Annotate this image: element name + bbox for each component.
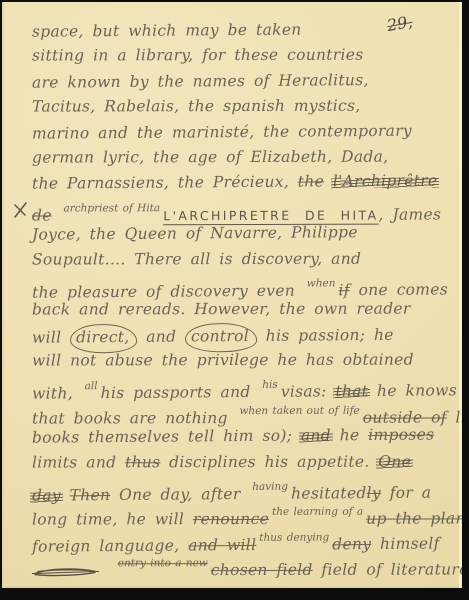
handwritten-text: Soupault.... There all is discovery, and xyxy=(32,249,361,268)
handwritten-text: Joyce, the Queen of Navarre, Philippe xyxy=(32,223,358,244)
manuscript-line: the Parnassiens, the Précieux, the l'Arc… xyxy=(32,169,458,198)
handwritten-text: his passion; he xyxy=(257,326,394,345)
struck-out-text: thus xyxy=(125,453,160,471)
handwritten-text: he xyxy=(331,426,368,444)
handwritten-text: Tacitus, Rabelais, the spanish mystics, xyxy=(32,97,360,116)
interline-insertion: his xyxy=(262,379,278,391)
manuscript-line: Soupault.... There all is discovery, and xyxy=(32,246,458,273)
handwritten-text: german lyric, the age of Elizabeth, Dada… xyxy=(32,148,388,167)
manuscript-line: that books are nothing when taken out of… xyxy=(32,398,458,425)
interline-insertion: having xyxy=(252,481,288,493)
struck-out-text: chosen field xyxy=(211,561,313,579)
manuscript-line: day Then One day, after havinghesitatedl… xyxy=(32,473,458,502)
manuscript-line: Joyce, the Queen of Navarre, Philippe xyxy=(32,219,458,248)
handwritten-text: limits and xyxy=(32,453,125,471)
scribble-overlay xyxy=(331,177,440,189)
scribble-overlay xyxy=(299,432,333,443)
interline-insertion: the learning of a xyxy=(272,506,363,518)
scribbled-out-text: and xyxy=(301,424,331,450)
scribbled-out-text: l'Archiprêtre xyxy=(333,169,438,195)
handwritten-text: sitting in a library, for these countrie… xyxy=(32,46,364,65)
manuscript-line: long time, he will renouncethe learning … xyxy=(32,500,458,527)
manuscript-line: books themselves tell him so); and he im… xyxy=(32,423,458,452)
handwritten-text: marino and the marinisté, the contempora… xyxy=(32,121,412,142)
manuscript-line: limits and thus disciplines his appetite… xyxy=(32,449,458,476)
handwritten-text: space, but which may be taken xyxy=(32,21,302,41)
manuscript-paper: 29, space, but which may be takensitting… xyxy=(2,2,462,588)
manuscript-line: de archpriest of HitaL'ARCHIPRETRE DE HI… xyxy=(32,195,458,222)
x-cross-mark-icon xyxy=(11,201,29,226)
manuscript-line: Tacitus, Rabelais, the spanish mystics, xyxy=(32,94,458,121)
interline-insertion: when xyxy=(307,277,336,289)
manuscript-line: will not abuse the privilege he has obta… xyxy=(32,348,458,375)
manuscript-photo: 29, space, but which may be takensitting… xyxy=(0,0,469,600)
handwritten-text: will xyxy=(32,328,70,346)
interline-insertion: when taken out of life xyxy=(239,405,359,417)
interline-insertion: thus denying xyxy=(259,531,329,544)
manuscript-line: german lyric, the age of Elizabeth, Dada… xyxy=(32,144,458,171)
interline-insertion-struck: entry into a new xyxy=(118,557,208,569)
handwritten-text: field of literature. and xyxy=(313,561,462,580)
manuscript-line: will direct, and control his passion; he xyxy=(32,321,458,350)
manuscript-line: the pleasure of discovery even whenif on… xyxy=(32,270,458,299)
interline-insertion: archpriest of Hita xyxy=(63,202,160,214)
manuscript-line: marino and the marinisté, the contempora… xyxy=(32,118,458,147)
manuscript-line: back and rereads. However, the own reade… xyxy=(32,297,458,324)
manuscript-lines: space, but which may be takensitting in … xyxy=(32,18,458,577)
manuscript-line: space, but which may be taken xyxy=(32,16,458,45)
handwritten-text: and xyxy=(137,327,185,345)
handwritten-text: are known by the names of Heraclitus, xyxy=(32,71,369,92)
handwritten-text: books themselves tell him so); xyxy=(32,427,301,447)
manuscript-line: are known by the names of Heraclitus, xyxy=(32,67,458,96)
manuscript-line: foreign language, and willthus denyingde… xyxy=(32,524,458,553)
struck-out-text: imposes xyxy=(368,426,434,445)
scribble-overlay xyxy=(376,458,413,469)
handwritten-text: will not abuse the privilege he has obta… xyxy=(32,351,414,370)
manuscript-line: sitting in a library, for these countrie… xyxy=(32,43,458,70)
handwritten-text: back and rereads. However, the own reade… xyxy=(32,300,411,319)
handwritten-text xyxy=(106,562,115,580)
handwritten-text: disciplines his appetite. xyxy=(160,452,378,471)
ink-blot-scribble-icon xyxy=(32,561,100,587)
scribbled-out-text: One xyxy=(378,449,411,474)
scribble-overlay xyxy=(333,388,370,399)
struck-out-text: the xyxy=(298,173,324,191)
manuscript-line: with, allhis passports and hisvisas: tha… xyxy=(32,372,458,401)
handwritten-text: the Parnassiens, the Précieux, xyxy=(32,173,298,193)
manuscript-line: entry into a newchosen field field of li… xyxy=(32,551,458,578)
interline-insertion: all xyxy=(85,381,98,393)
